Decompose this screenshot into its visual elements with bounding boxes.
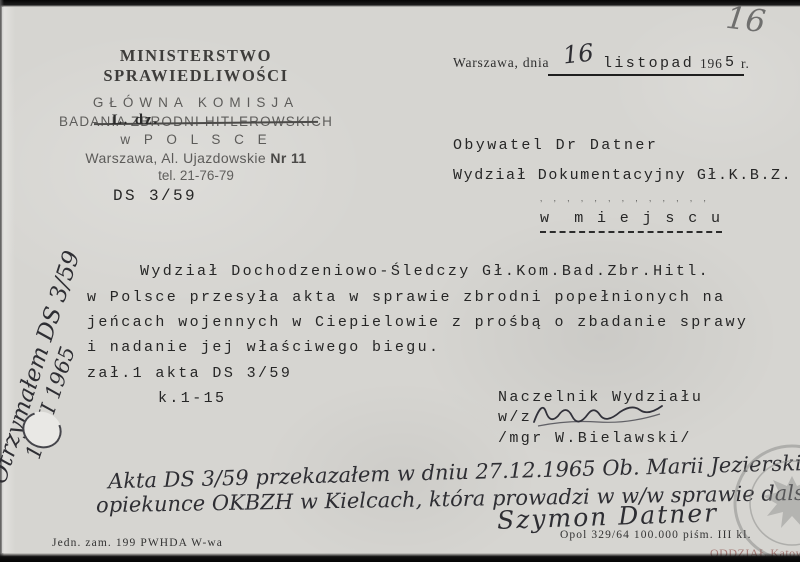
erasure-marks: ’ ’ ’ ’ ’ ’ ’ ’ ’ ’ ’ ’ ’ <box>540 199 710 210</box>
body-line-1: Wydział Dochodzeniowo-Śledczy Gł.Kom.Bad… <box>140 263 710 280</box>
dateline-month-typed: listopad <box>603 55 694 72</box>
letterhead-commission: GŁÓWNA KOMISJA <box>26 95 366 110</box>
dateline-year-preprinted: 196 <box>700 56 723 72</box>
ldz-stamp-overlay: L. dz. <box>112 112 159 129</box>
footer-left-imprint: Jedn. zam. 199 PWHDA W-wa <box>52 537 223 549</box>
dateline-underline <box>548 74 744 76</box>
round-seal-stamp: WIĘCI NARODOW <box>722 438 800 562</box>
body-line-4: i nadanie jej właściwego biegu. <box>87 339 440 356</box>
dateline-year-digit: 5 <box>725 54 736 71</box>
dateline-preprinted: Warszawa, dnia <box>453 55 549 71</box>
letterhead-ministry: MINISTERSTWO SPRAWIEDLIWOŚCI <box>26 46 366 86</box>
scan-edge-top <box>0 0 800 7</box>
body-line-3: jeńcach wojennych w Ciepielowie z prośbą… <box>87 314 748 331</box>
letterhead-address-number: Nr 11 <box>270 150 306 166</box>
signer-name: /mgr W.Bielawski/ <box>498 430 692 447</box>
recipient-department: Wydział Dokumentacyjny Gł.K.B.Z. <box>453 167 792 184</box>
scanned-document-page: MINISTERSTWO SPRAWIEDLIWOŚCI GŁÓWNA KOMI… <box>0 0 800 562</box>
attachment-note: zał.1 akta DS 3/59 <box>87 365 292 382</box>
letterhead-line3: BADANIA ZBRODNI HITLEROWSKICH L. dz. <box>26 114 366 129</box>
body-line-2: w Polsce przesyła akta w sprawie zbrodni… <box>87 289 725 306</box>
page-number-pencil: 16 <box>724 0 768 40</box>
footer-right-imprint: Opol 329/64 100.000 piśm. III kl. <box>560 529 752 541</box>
letterhead-phone: tel. 21-76-79 <box>26 168 366 183</box>
pages-note: k.1-15 <box>158 390 226 407</box>
dateline-suffix: r. <box>741 56 750 72</box>
seal-eagle-icon <box>763 476 800 528</box>
recipient-in-place: w m i e j s c u <box>540 210 722 233</box>
signature-scribble <box>528 396 668 430</box>
dateline-day-handwritten: 16 <box>562 38 595 69</box>
letterhead: MINISTERSTWO SPRAWIEDLIWOŚCI GŁÓWNA KOMI… <box>26 46 366 183</box>
recipient-name: Obywatel Dr Datner <box>453 137 658 154</box>
letterhead-address: Warszawa, Al. Ujazdowskie Nr 11 <box>26 150 366 166</box>
letterhead-in-poland: w P O L S C E <box>26 132 366 147</box>
scan-edge-bottom <box>0 553 800 562</box>
